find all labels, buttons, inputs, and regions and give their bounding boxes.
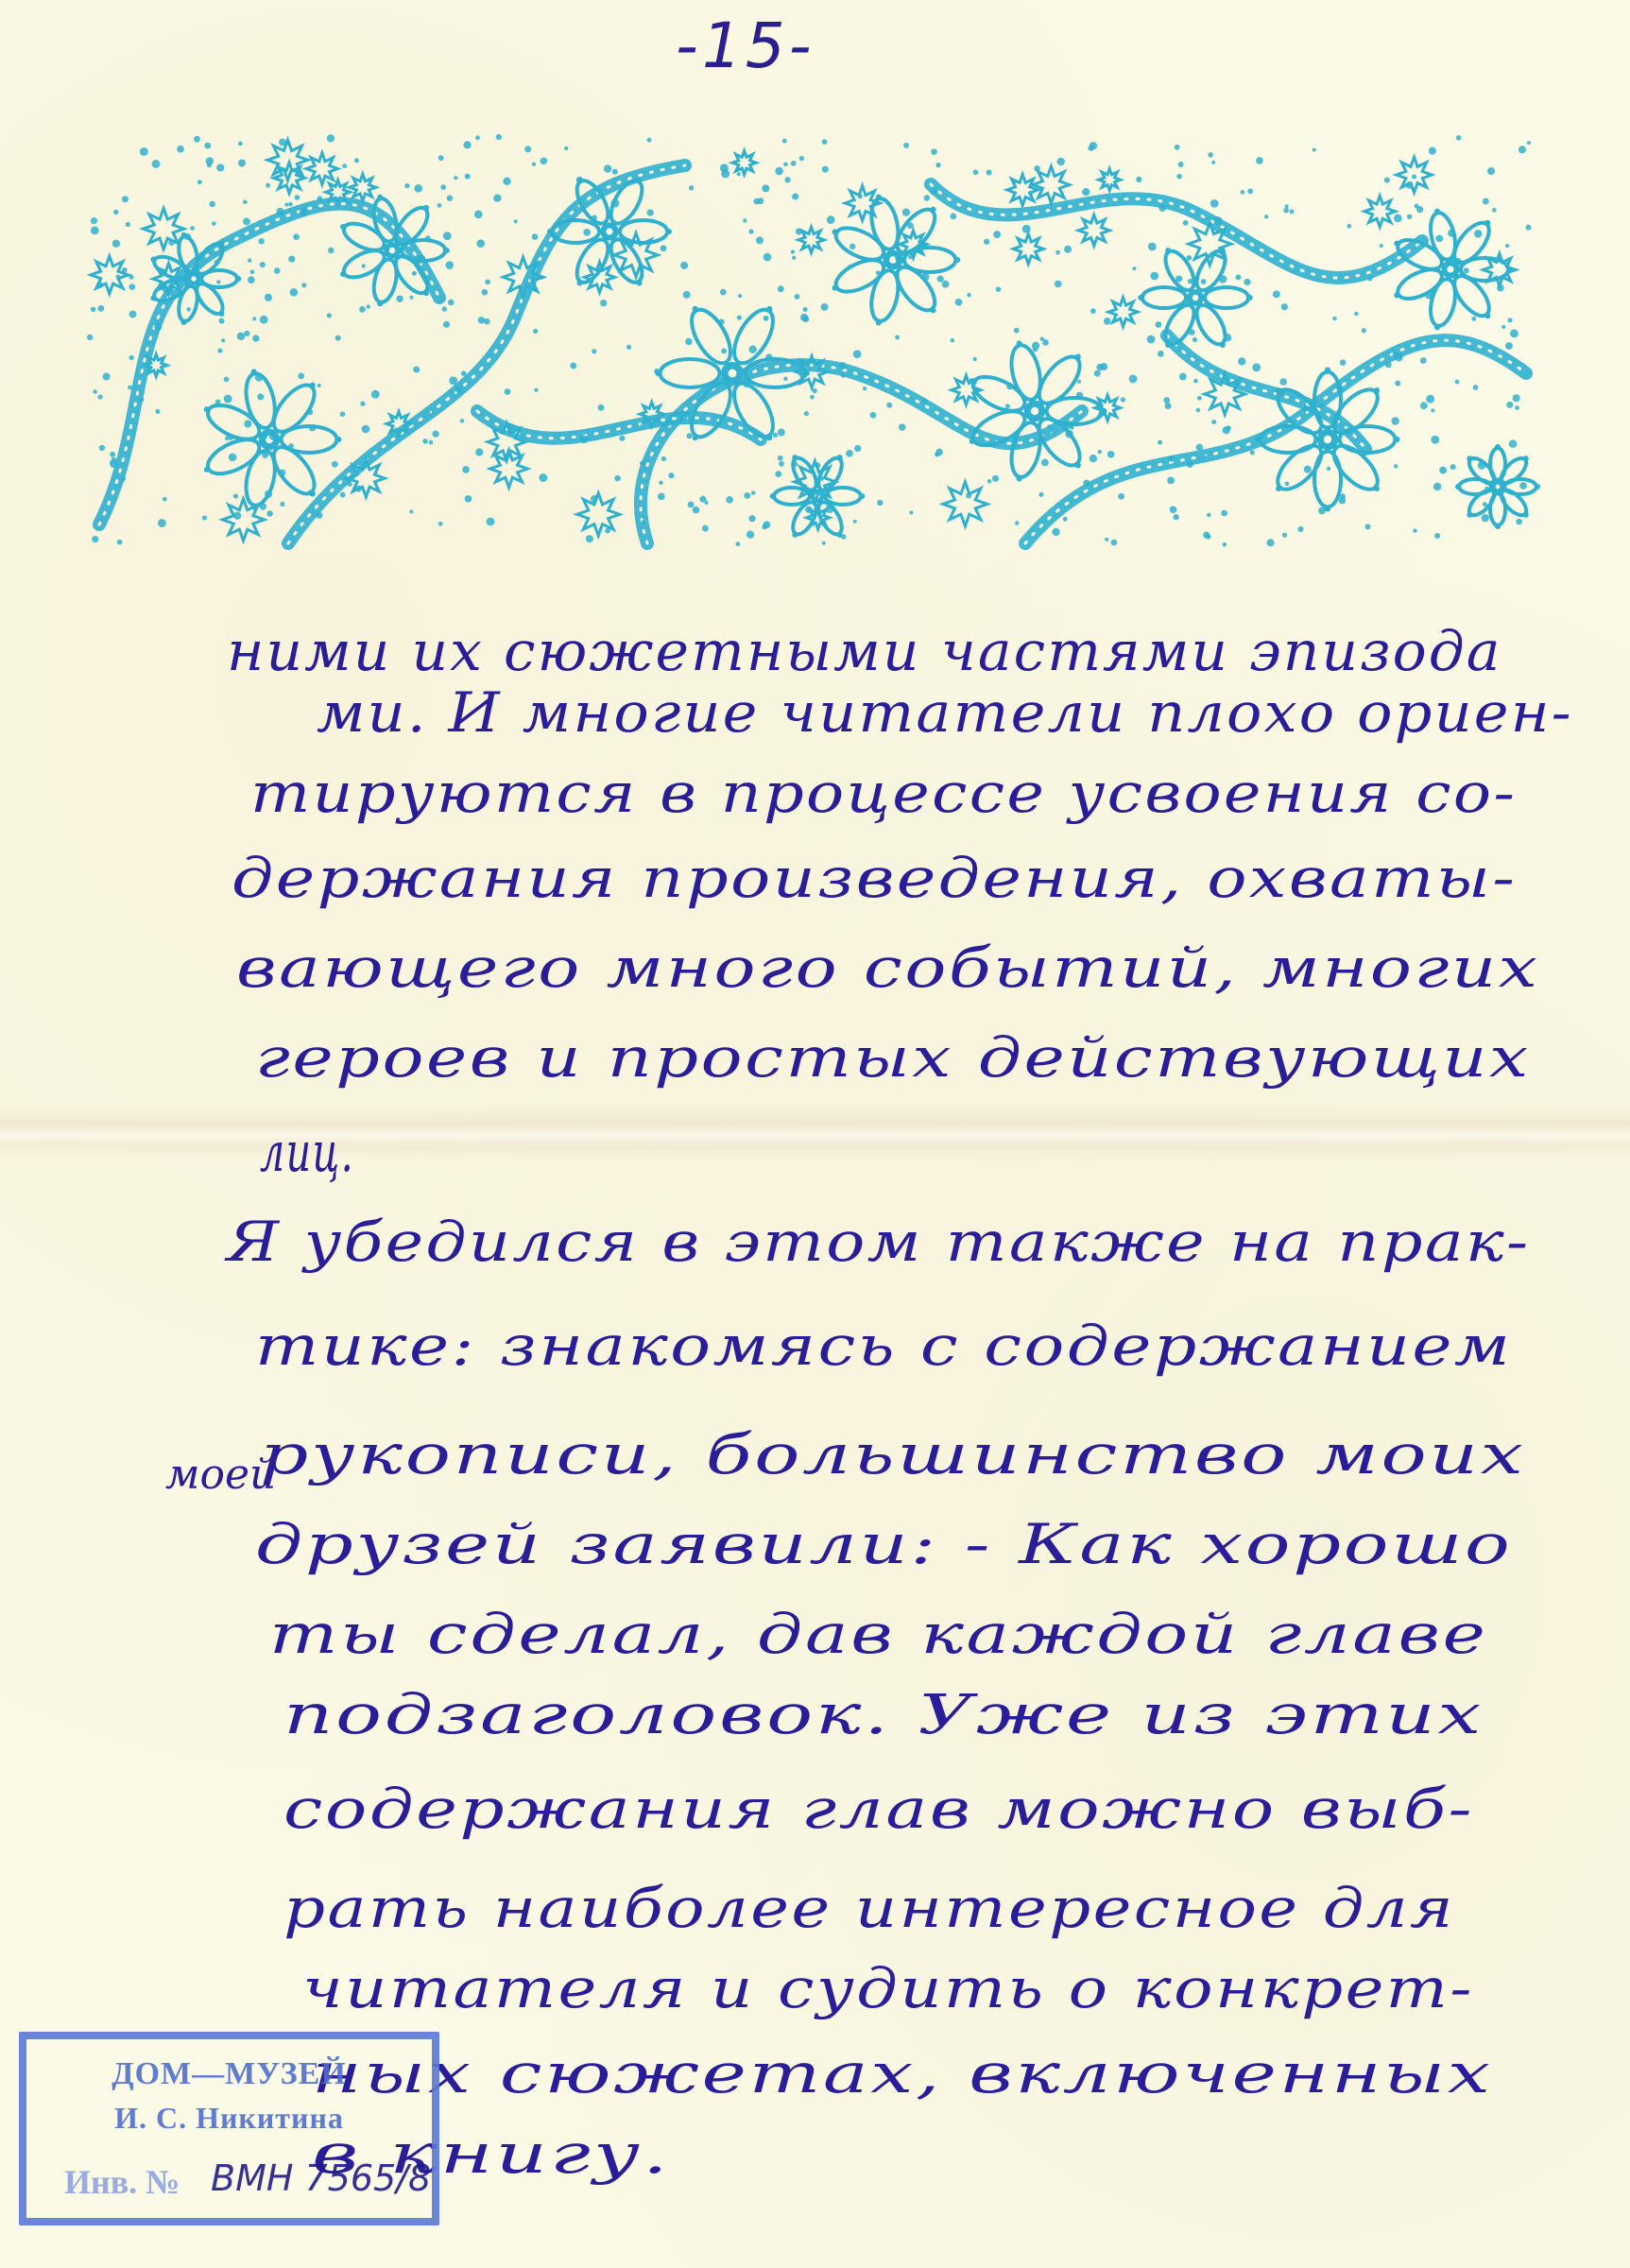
text-line: рать наиболее интересное для	[283, 1876, 1455, 1940]
text-line: тике: знакомясь с содержанием	[255, 1314, 1512, 1378]
museum-stamp: ДОМ—МУЗЕЙ И. С. Никитина Инв. № ВМН 7565…	[19, 2032, 439, 2225]
stamp-line-name: И. С. Никитина	[26, 2101, 432, 2136]
text-line: ных сюжетах, включенных	[312, 2041, 1493, 2105]
text-line: друзей заявили: - Как хорошо	[255, 1512, 1513, 1576]
text-line: тируются в процессе усвоения со-	[250, 761, 1517, 825]
stamp-inv-label: Инв. №	[64, 2162, 180, 2202]
text-line: содержания глав можно выб-	[283, 1777, 1474, 1841]
stamp-inv-number: ВМН 7565/8	[211, 2157, 431, 2199]
text-line: ты сделал, дав каждой главе	[269, 1602, 1487, 1666]
text-line: Я убедился в этом также на прак-	[227, 1210, 1530, 1274]
text-line: героев и простых действующих	[255, 1025, 1531, 1090]
text-line: лиц.	[260, 1120, 354, 1184]
text-line: читателя и судить о конкрет-	[302, 1956, 1474, 2020]
stamp-line-museum: ДОМ—МУЗЕЙ	[26, 2056, 432, 2092]
handwritten-text-body: ними их сюжетными частями эпизода ми. И …	[0, 0, 1630, 2268]
text-line: вающего много событий, многих	[236, 936, 1539, 1000]
text-line: ми. И многие читатели плохо ориен-	[317, 680, 1573, 745]
text-line: ними их сюжетными частями эпизода	[227, 619, 1502, 683]
text-line: рукописи, большинство моих	[260, 1422, 1526, 1486]
text-line: держания произведения, охваты-	[232, 846, 1517, 910]
text-line: подзаголовок. Уже из этих	[283, 1682, 1484, 1746]
